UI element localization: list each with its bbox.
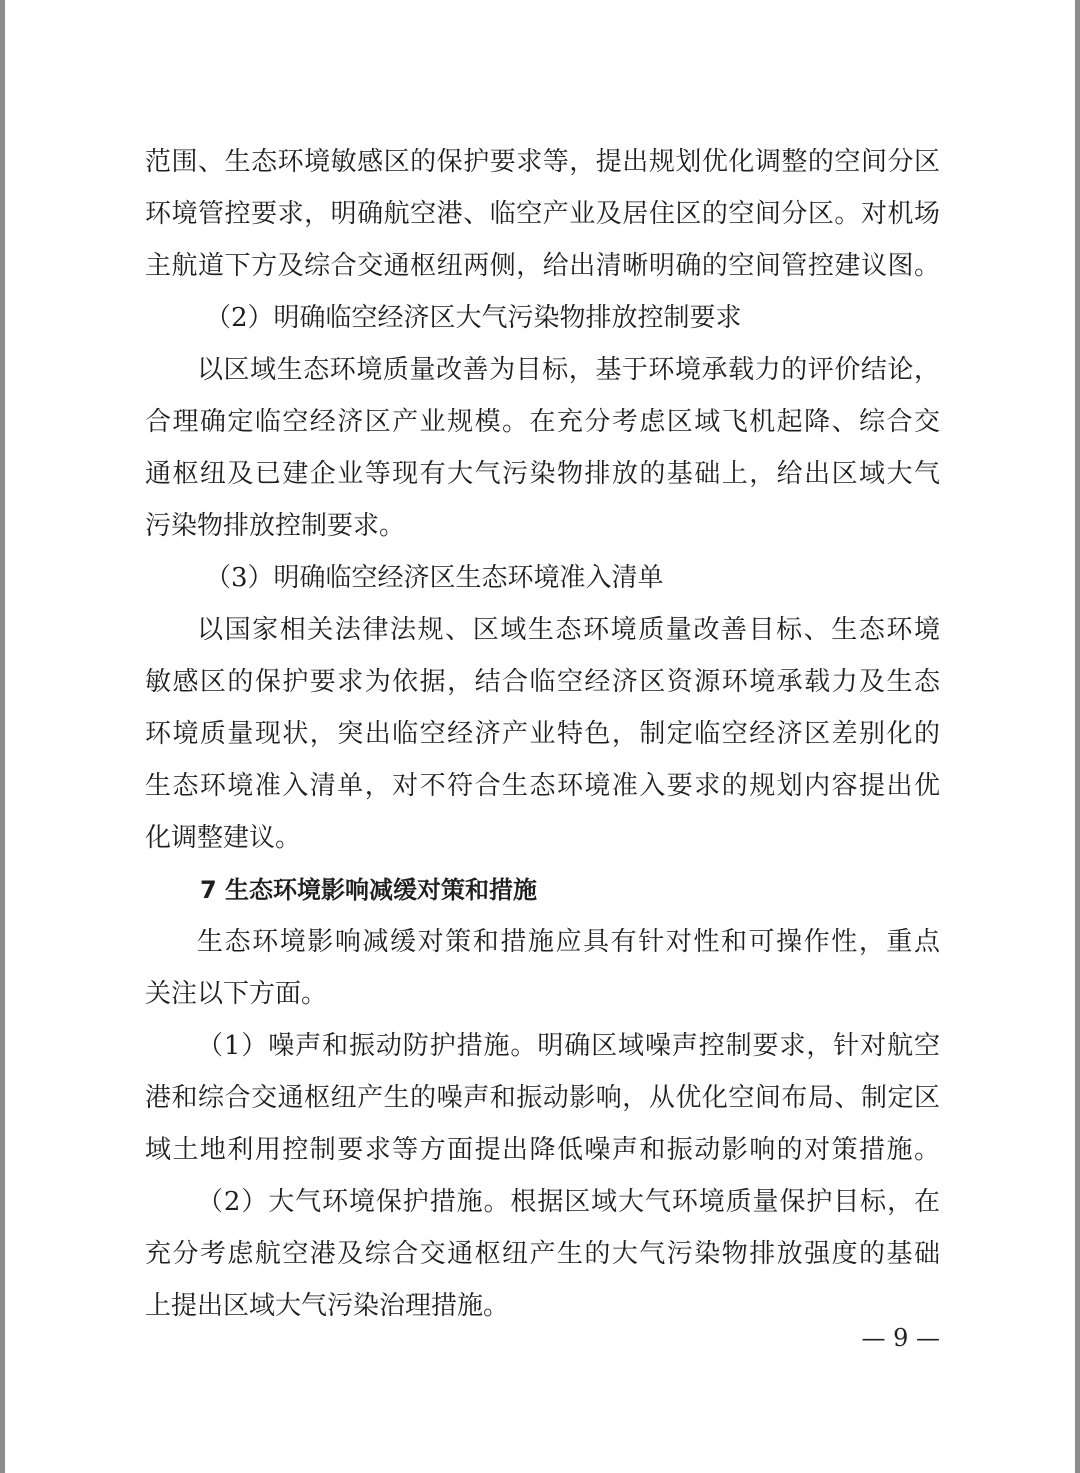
text-line: 以区域生态环境质量改善为目标，基于环境承载力的评价结论， [145,344,940,396]
page-edge-left [0,0,5,1473]
section-heading-7: 7 生态环境影响减缓对策和措施 [145,864,940,916]
text-line: 充分考虑航空港及综合交通枢纽产生的大气污染物排放强度的基础 [145,1228,940,1280]
text-line: （1）噪声和振动防护措施。明确区域噪声控制要求，针对航空 [145,1020,940,1072]
text-line: 上提出区域大气污染治理措施。 [145,1280,940,1332]
text-line: 化调整建议。 [145,812,940,864]
text-line: 港和综合交通枢纽产生的噪声和振动影响，从优化空间布局、制定区 [145,1072,940,1124]
text-line: 污染物排放控制要求。 [145,500,940,552]
text-line: 生态环境影响减缓对策和措施应具有针对性和可操作性，重点 [145,916,940,968]
text-line: 主航道下方及综合交通枢纽两侧，给出清晰明确的空间管控建议图。 [145,240,940,292]
page-number: — 9 — [840,1312,940,1364]
text-line: （2）大气环境保护措施。根据区域大气环境质量保护目标，在 [145,1176,940,1228]
text-line: 合理确定临空经济区产业规模。在充分考虑区域飞机起降、综合交 [145,396,940,448]
text-line: 敏感区的保护要求为依据，结合临空经济区资源环境承载力及生态 [145,656,940,708]
text-line: 生态环境准入清单，对不符合生态环境准入要求的规划内容提出优 [145,760,940,812]
text-line: 通枢纽及已建企业等现有大气污染物排放的基础上，给出区域大气 [145,448,940,500]
page-edge-right [1075,0,1080,1473]
document-page: 范围、生态环境敏感区的保护要求等，提出规划优化调整的空间分区 环境管控要求，明确… [145,136,940,1332]
subheading-access-list: （3）明确临空经济区生态环境准入清单 [145,552,940,604]
text-line: 域土地利用控制要求等方面提出降低噪声和振动影响的对策措施。 [145,1124,940,1176]
text-line: 环境管控要求，明确航空港、临空产业及居住区的空间分区。对机场 [145,188,940,240]
text-line: 范围、生态环境敏感区的保护要求等，提出规划优化调整的空间分区 [145,136,940,188]
subheading-air-pollutant-control: （2）明确临空经济区大气污染物排放控制要求 [145,292,940,344]
text-line: 环境质量现状，突出临空经济产业特色，制定临空经济区差别化的 [145,708,940,760]
text-line: 关注以下方面。 [145,968,940,1020]
text-line: 以国家相关法律法规、区域生态环境质量改善目标、生态环境 [145,604,940,656]
